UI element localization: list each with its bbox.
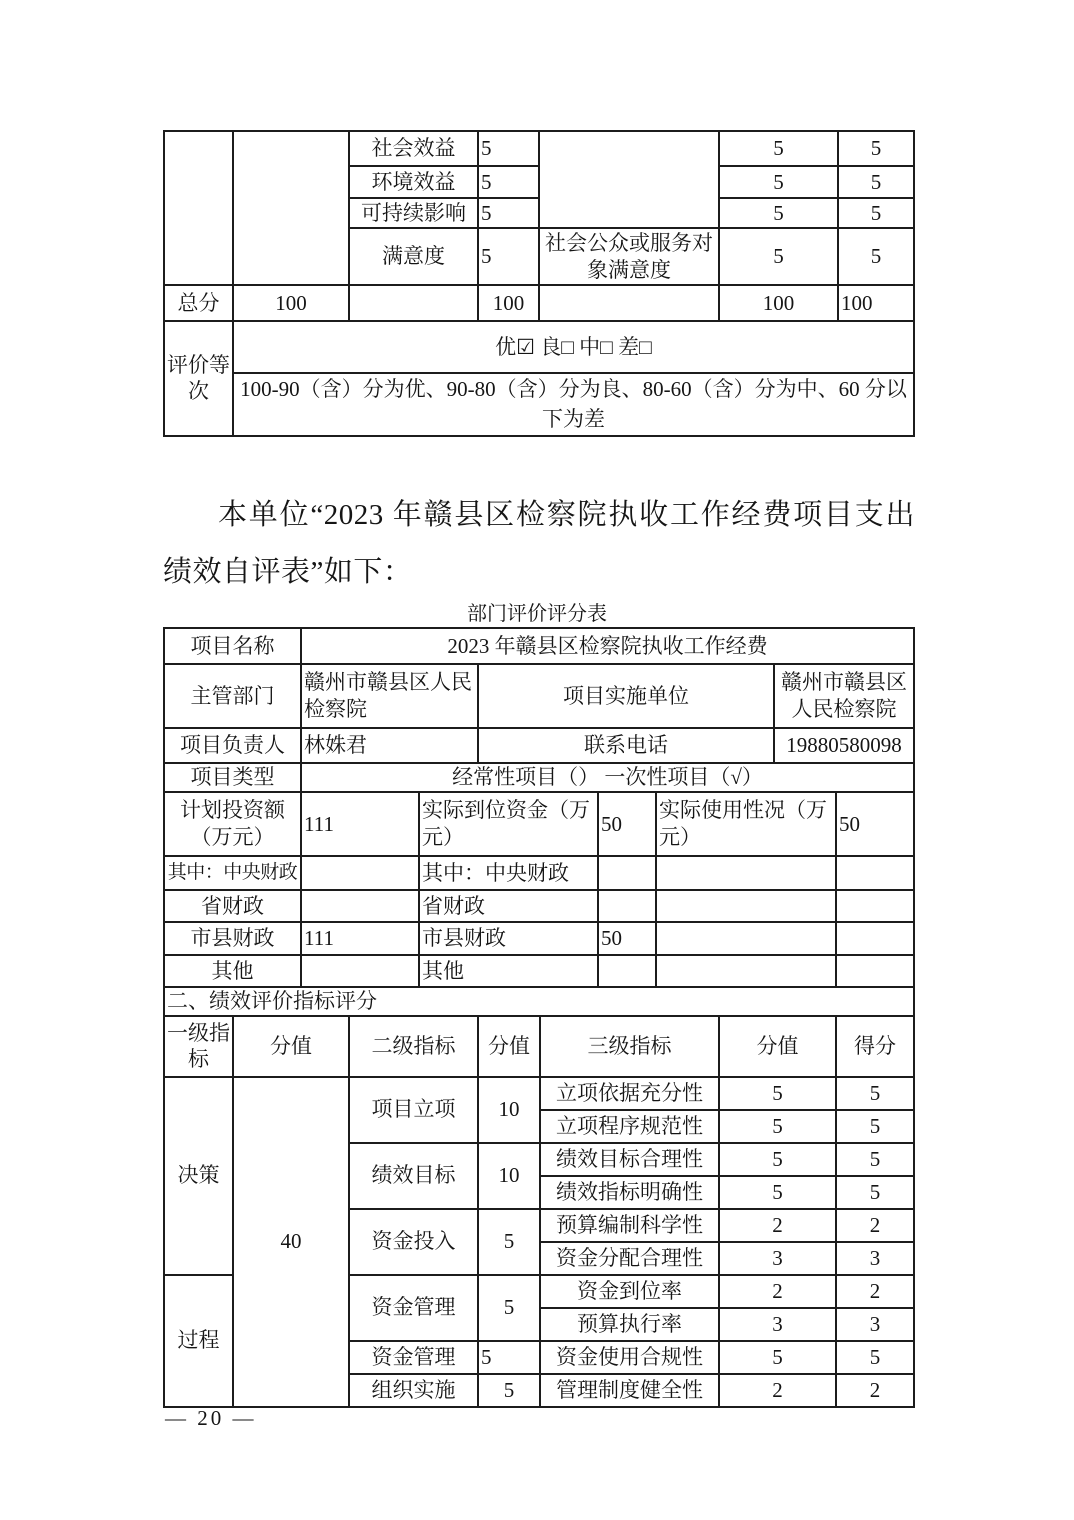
satisfaction-desc-cell: 社会公众或服务对象满意度 xyxy=(539,228,719,285)
col-header: 一级指标 xyxy=(164,1016,233,1077)
leader-value: 林姝君 xyxy=(301,728,478,763)
indicator-cell: 满意度 xyxy=(349,228,478,285)
investment-row: 计划投资额（万元） 111 实际到位资金（万元） 50 实际使用性况（万元） 5… xyxy=(164,792,914,856)
level3-name: 资金分配合理性 xyxy=(540,1242,719,1275)
col-header: 分值 xyxy=(233,1016,349,1077)
level3-score: 5 xyxy=(719,1143,836,1176)
indicator-cell: 可持续影响 xyxy=(349,198,478,228)
score-cell: 5 xyxy=(478,131,539,166)
got-cell: 5 xyxy=(838,198,914,228)
level2-score: 10 xyxy=(478,1077,540,1143)
planned-amount: 111 xyxy=(301,792,419,856)
level3-score: 3 xyxy=(719,1308,836,1341)
page-number: — 20 — xyxy=(165,1406,257,1431)
level3-name: 预算编制科学性 xyxy=(540,1209,719,1242)
level1-name: 过程 xyxy=(164,1275,233,1407)
empty-cell xyxy=(836,890,914,922)
section2-header-row: 二、绩效评价指标评分 xyxy=(164,987,914,1016)
dept-value: 赣州市赣县区人民检察院 xyxy=(301,664,478,728)
total-cell: 100 xyxy=(233,285,349,321)
project-name-row: 项目名称 2023 年赣县区检察院执收工作经费 xyxy=(164,628,914,664)
impl-unit-value: 赣州市赣县区人民检察院 xyxy=(774,664,914,728)
got-cell: 5 xyxy=(838,228,914,285)
total-cell xyxy=(349,285,478,321)
fund-label: 市县财政 xyxy=(419,922,598,955)
fund-label: 其中：中央财政 xyxy=(164,856,301,890)
field-label: 项目类型 xyxy=(164,763,301,792)
level3-got: 2 xyxy=(836,1374,914,1407)
self-eval-score-table-continued: 社会效益 5 5 5 环境效益 5 5 5 可持续影响 5 5 5 满意度 5 … xyxy=(163,130,915,437)
field-label: 计划投资额（万元） xyxy=(164,792,301,856)
col-header: 三级指标 xyxy=(540,1016,719,1077)
level3-name: 立项依据充分性 xyxy=(540,1077,719,1110)
fund-row: 省财政 省财政 xyxy=(164,890,914,922)
dept-row: 主管部门 赣州市赣县区人民检察院 项目实施单位 赣州市赣县区人民检察院 xyxy=(164,664,914,728)
indicator-row: 决策 40 项目立项 10 立项依据充分性 5 5 xyxy=(164,1077,914,1110)
got-cell: 5 xyxy=(838,131,914,166)
section2-title: 二、绩效评价指标评分 xyxy=(164,987,914,1016)
empty-cell xyxy=(836,955,914,987)
grade-legend-row: 100-90（含）分为优、90-80（含）分为良、80-60（含）分为中、60 … xyxy=(164,373,914,436)
total-cell: 100 xyxy=(719,285,838,321)
total-cell xyxy=(539,285,719,321)
fund-value xyxy=(598,856,656,890)
level3-got: 5 xyxy=(836,1110,914,1143)
fund-label: 省财政 xyxy=(419,890,598,922)
empty-cell xyxy=(233,131,349,285)
level1-name: 决策 xyxy=(164,1077,233,1275)
level3-score: 2 xyxy=(719,1209,836,1242)
fund-label: 其他 xyxy=(164,955,301,987)
fund-label: 市县财政 xyxy=(164,922,301,955)
indicator-cell: 社会效益 xyxy=(349,131,478,166)
level2-score: 10 xyxy=(478,1143,540,1209)
grade-row: 评价等次 优☑ 良□ 中□ 差□ xyxy=(164,321,914,373)
grade-label: 评价等次 xyxy=(164,321,233,436)
level3-name: 资金使用合规性 xyxy=(540,1341,719,1374)
empty-cell xyxy=(836,922,914,955)
level2-score: 5 xyxy=(478,1341,540,1374)
col-header: 分值 xyxy=(719,1016,836,1077)
level3-name: 绩效指标明确性 xyxy=(540,1176,719,1209)
field-label: 项目负责人 xyxy=(164,728,301,763)
points-cell: 5 xyxy=(719,228,838,285)
fund-row: 市县财政 111 市县财政 50 xyxy=(164,922,914,955)
fund-value xyxy=(301,856,419,890)
fund-value xyxy=(598,955,656,987)
field-label: 实际到位资金（万元） xyxy=(419,792,598,856)
field-label: 联系电话 xyxy=(478,728,774,763)
level2-name: 绩效目标 xyxy=(349,1143,478,1209)
level3-score: 2 xyxy=(719,1374,836,1407)
level3-score: 5 xyxy=(719,1176,836,1209)
col-header: 分值 xyxy=(478,1016,540,1077)
points-cell: 5 xyxy=(719,198,838,228)
used-amount: 50 xyxy=(836,792,914,856)
score-cell: 5 xyxy=(478,166,539,198)
total-cell: 100 xyxy=(478,285,539,321)
level3-got: 3 xyxy=(836,1242,914,1275)
level3-got: 5 xyxy=(836,1077,914,1110)
fund-value: 111 xyxy=(301,922,419,955)
received-amount: 50 xyxy=(598,792,656,856)
level2-score: 5 xyxy=(478,1209,540,1275)
field-label: 主管部门 xyxy=(164,664,301,728)
level3-got: 3 xyxy=(836,1308,914,1341)
score-cell: 5 xyxy=(478,228,539,285)
level3-score: 3 xyxy=(719,1242,836,1275)
fund-row: 其中：中央财政 其中：中央财政 xyxy=(164,856,914,890)
level2-name: 资金投入 xyxy=(349,1209,478,1275)
col-header: 二级指标 xyxy=(349,1016,478,1077)
level2-name: 组织实施 xyxy=(349,1374,478,1407)
level3-got: 5 xyxy=(836,1143,914,1176)
fund-value xyxy=(598,890,656,922)
level2-name: 资金管理 xyxy=(349,1341,478,1374)
field-label: 项目实施单位 xyxy=(478,664,774,728)
table2-title: 部门评价评分表 xyxy=(0,597,1074,626)
level3-got: 5 xyxy=(836,1341,914,1374)
points-cell: 5 xyxy=(719,131,838,166)
field-label: 项目名称 xyxy=(164,628,301,664)
leader-row: 项目负责人 林姝君 联系电话 19880580098 xyxy=(164,728,914,763)
level3-score: 5 xyxy=(719,1341,836,1374)
level3-name: 资金到位率 xyxy=(540,1275,719,1308)
level3-score: 2 xyxy=(719,1275,836,1308)
project-name-value: 2023 年赣县区检察院执收工作经费 xyxy=(301,628,914,664)
indicator-header-row: 一级指标 分值 二级指标 分值 三级指标 分值 得分 xyxy=(164,1016,914,1077)
fund-value xyxy=(301,955,419,987)
level2-name: 资金管理 xyxy=(349,1275,478,1341)
col-header: 得分 xyxy=(836,1016,914,1077)
level2-name: 项目立项 xyxy=(349,1077,478,1143)
empty-cell xyxy=(836,856,914,890)
table-row: 社会效益 5 5 5 xyxy=(164,131,914,166)
intro-paragraph: 本单位“2023 年赣县区检察院执收工作经费项目支出绩效自评表”如下： xyxy=(163,487,915,601)
empty-cell xyxy=(656,955,836,987)
fund-value xyxy=(301,890,419,922)
grade-legend: 100-90（含）分为优、90-80（含）分为良、80-60（含）分为中、60 … xyxy=(233,373,914,436)
phone-value: 19880580098 xyxy=(774,728,914,763)
level3-got: 2 xyxy=(836,1275,914,1308)
level3-score: 5 xyxy=(719,1110,836,1143)
empty-cell xyxy=(164,131,233,285)
fund-value: 50 xyxy=(598,922,656,955)
dept-eval-score-table: 项目名称 2023 年赣县区检察院执收工作经费 主管部门 赣州市赣县区人民检察院… xyxy=(163,627,915,1408)
field-label: 实际使用性况（万元） xyxy=(656,792,836,856)
level3-name: 绩效目标合理性 xyxy=(540,1143,719,1176)
level2-score: 5 xyxy=(478,1374,540,1407)
level3-name: 预算执行率 xyxy=(540,1308,719,1341)
indicator-cell: 环境效益 xyxy=(349,166,478,198)
fund-label: 其中：中央财政 xyxy=(419,856,598,890)
fund-row: 其他 其他 xyxy=(164,955,914,987)
score-cell: 5 xyxy=(478,198,539,228)
level3-name: 立项程序规范性 xyxy=(540,1110,719,1143)
level2-score: 5 xyxy=(478,1275,540,1341)
level3-got: 2 xyxy=(836,1209,914,1242)
points-cell: 5 xyxy=(719,166,838,198)
project-type-row: 项目类型 经常性项目（） 一次性项目（√） xyxy=(164,763,914,792)
empty-cell xyxy=(656,856,836,890)
project-type-value: 经常性项目（） 一次性项目（√） xyxy=(301,763,914,792)
got-cell: 5 xyxy=(838,166,914,198)
level1-score: 40 xyxy=(233,1077,349,1407)
empty-cell xyxy=(656,890,836,922)
grade-checkboxes: 优☑ 良□ 中□ 差□ xyxy=(233,321,914,373)
total-label: 总分 xyxy=(164,285,233,321)
total-cell: 100 xyxy=(838,285,914,321)
fund-label: 省财政 xyxy=(164,890,301,922)
level3-got: 5 xyxy=(836,1176,914,1209)
level3-name: 管理制度健全性 xyxy=(540,1374,719,1407)
empty-cell xyxy=(539,131,719,228)
document-page: 社会效益 5 5 5 环境效益 5 5 5 可持续影响 5 5 5 满意度 5 … xyxy=(0,0,1074,1520)
empty-cell xyxy=(656,922,836,955)
fund-label: 其他 xyxy=(419,955,598,987)
level3-score: 5 xyxy=(719,1077,836,1110)
total-row: 总分 100 100 100 100 xyxy=(164,285,914,321)
